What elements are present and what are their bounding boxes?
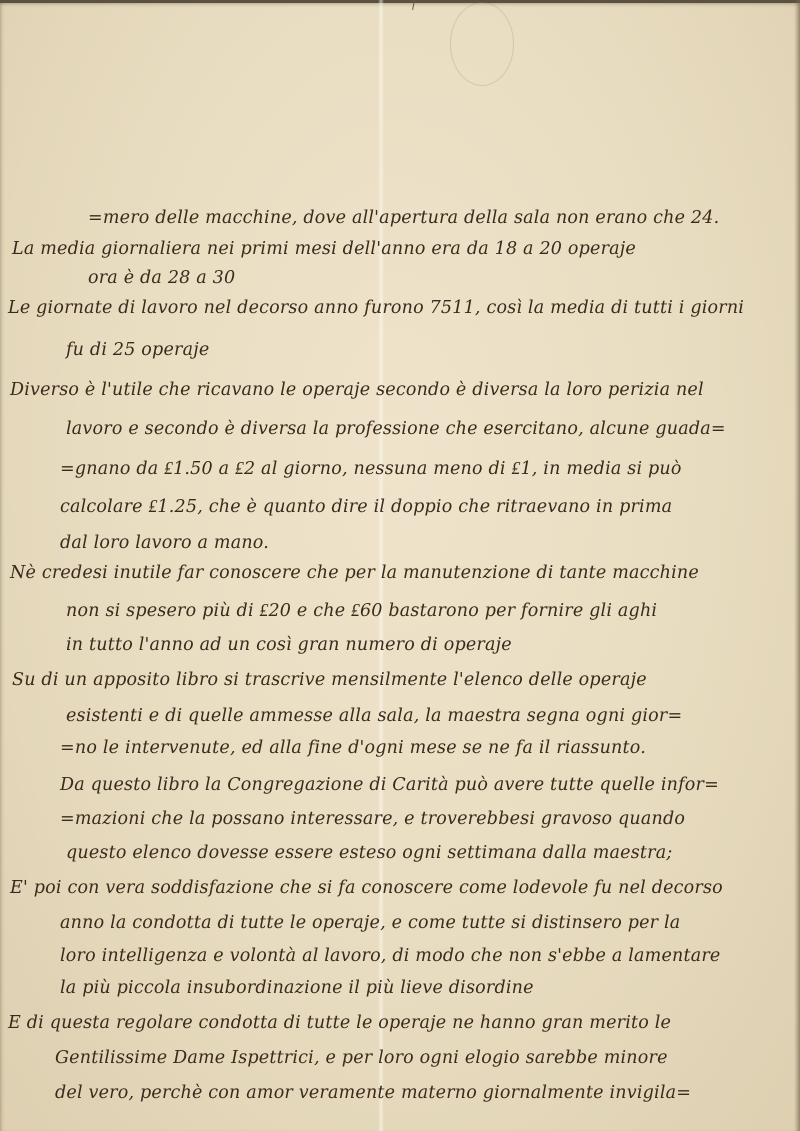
handwritten-line: =mazioni che la possano interessare, e t… — [60, 809, 685, 829]
handwritten-line: non si spesero più di ₤20 e che ₤60 bast… — [66, 600, 657, 621]
handwritten-line: Gentilissime Dame Ispettrici, e per loro… — [55, 1048, 668, 1068]
handwritten-line: questo elenco dovesse essere esteso ogni… — [66, 843, 672, 863]
handwritten-line: Da questo libro la Congregazione di Cari… — [60, 775, 719, 795]
manuscript-page: =mero delle macchine, dove all'apertura … — [0, 0, 800, 1131]
handwritten-line: Le giornate di lavoro nel decorso anno f… — [8, 298, 744, 318]
page-top-edge — [0, 0, 800, 3]
handwritten-line: =no le intervenute, ed alla fine d'ogni … — [60, 738, 646, 758]
handwritten-line: calcolare ₤1.25, che è quanto dire il do… — [60, 496, 672, 517]
handwritten-line: la più piccola insubordinazione il più l… — [60, 978, 534, 998]
handwritten-line: dal loro lavoro a mano. — [60, 533, 269, 553]
handwritten-line: ora è da 28 a 30 — [88, 268, 235, 288]
handwritten-line: Su di un apposito libro si trascrive men… — [12, 670, 647, 690]
handwritten-line: E' poi con vera soddisfazione che si fa … — [10, 878, 723, 898]
handwritten-line: del vero, perchè con amor veramente mate… — [55, 1083, 691, 1103]
handwritten-line: La media giornaliera nei primi mesi dell… — [12, 239, 636, 259]
handwritten-line: E di questa regolare condotta di tutte l… — [8, 1013, 671, 1033]
handwritten-line: in tutto l'anno ad un così gran numero d… — [66, 635, 512, 655]
handwritten-line: =mero delle macchine, dove all'apertura … — [88, 208, 719, 228]
handwritten-line: =gnano da ₤1.50 a ₤2 al giorno, nessuna … — [60, 458, 682, 479]
handwritten-line: anno la condotta di tutte le operaje, e … — [60, 913, 680, 933]
handwritten-line: Diverso è l'utile che ricavano le operaj… — [10, 380, 704, 400]
handwritten-line: lavoro e secondo è diversa la profession… — [66, 419, 726, 439]
ink-tick-mark — [412, 0, 415, 10]
handwritten-line: esistenti e di quelle ammesse alla sala,… — [66, 706, 682, 726]
handwritten-line: loro intelligenza e volontà al lavoro, d… — [60, 946, 720, 966]
page-right-edge — [794, 0, 800, 1131]
faded-stamp-mark — [450, 2, 514, 86]
handwritten-line: Nè credesi inutile far conoscere che per… — [10, 563, 699, 583]
handwritten-line: fu di 25 operaje — [66, 340, 209, 360]
